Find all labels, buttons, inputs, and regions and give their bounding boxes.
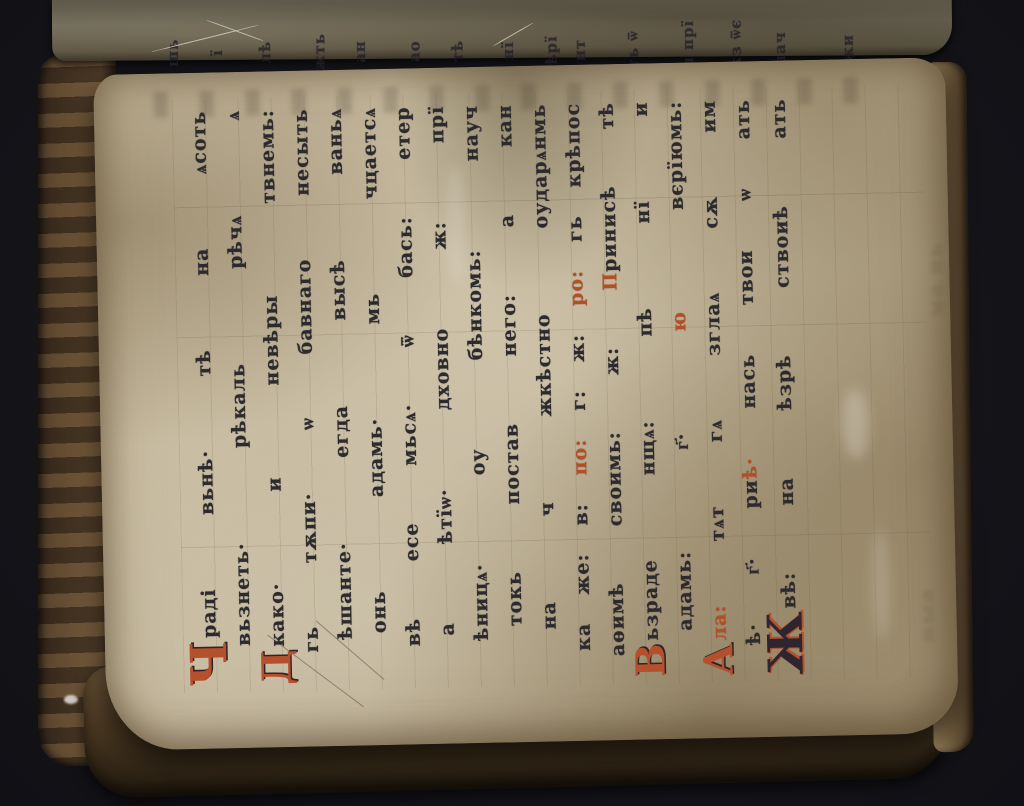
ink-run: аѳимѣ своимь: ж: bbox=[600, 291, 630, 657]
ink-run: токь постав него: а кан bbox=[494, 104, 527, 626]
leaf-text-fragment: жть bbox=[310, 33, 328, 71]
ink-run: а ѣтїѡ· дховно ж: прї bbox=[426, 106, 459, 636]
rubric-run: ро: bbox=[565, 242, 588, 306]
ink-run: гь крѣпос bbox=[562, 103, 587, 242]
rubric-initial: Д bbox=[253, 649, 301, 686]
ink-run: ѣницѧ· оу бѣнкомь: науч bbox=[460, 105, 493, 641]
ink-run: гь тѫпи· ѡ бавнаго несыть bbox=[290, 108, 323, 652]
ink-run: ка же: в: bbox=[570, 475, 596, 651]
leaf-text-fragment: ѣрї bbox=[542, 35, 560, 65]
ink-run: ѣшанте· егда высѣ ваньѧ bbox=[324, 108, 357, 640]
ink-run: како· и невѣры твнемь: bbox=[256, 109, 289, 647]
ink-run: ьзраде нщѧ: пѣ нї и bbox=[630, 101, 663, 641]
previous-leaf-strip: шьїлѣжтьанаотѣнїѣрїнтть ѿол прїакз ѿєпач… bbox=[52, 0, 952, 61]
leaf-text-fragment: тѣ bbox=[448, 40, 466, 62]
leaf-text-fragment: ї bbox=[208, 49, 226, 56]
leaf-text-fragment: ан bbox=[351, 40, 369, 63]
rubric-run: ю bbox=[666, 210, 691, 332]
ink-run: раді вьнѣ· тѣ на ѧсоть bbox=[188, 111, 221, 639]
ink-run: на ч жкѣстно оударѧнмь bbox=[528, 103, 561, 629]
rubric-initial: Ж bbox=[757, 611, 814, 675]
manuscript-photo: шьїлѣжтьанаотѣнїѣрїнтть ѿол прїакз ѿєпач… bbox=[0, 0, 1024, 806]
binding-glint bbox=[64, 695, 78, 704]
rubric-run: по: bbox=[568, 411, 591, 476]
rotated-text-lines: Чраді вьнѣ· тѣ на ѧсотьвьзнеть· рѣкаль р… bbox=[182, 98, 844, 677]
parchment-page: ма ньламныа Чраді вьнѣ· тѣ на ѧсотьвьзне… bbox=[93, 57, 959, 751]
rubric-initial: А bbox=[695, 643, 743, 677]
rubric-run: ѣ· bbox=[738, 408, 761, 479]
ink-run: адамь: г҃· bbox=[669, 331, 697, 631]
leaf-text-fragment: нт bbox=[571, 39, 589, 61]
ink-run: вєрїюмь: bbox=[664, 101, 688, 211]
rubric-initial: В bbox=[627, 643, 675, 678]
ink-run: нась твои ѡ ать bbox=[732, 99, 760, 409]
ink-run: вѣ есе мьсѧ· ѿ бась: етер bbox=[392, 106, 425, 646]
rubric-run: ла: bbox=[707, 541, 731, 640]
ghost-text: лам bbox=[945, 464, 970, 515]
leaf-text-fragment: нї bbox=[499, 41, 517, 60]
ink-run: онь адамь· мь чцаетсѧ bbox=[358, 107, 391, 633]
ink-run: вьзнеть· рѣкаль рѣчѧ ѧ bbox=[222, 110, 255, 646]
ink-run: вѣ: на ѣзрѣ ствоиѣ ать bbox=[768, 98, 801, 608]
ink-run: ринисѣ тѣ bbox=[596, 102, 622, 272]
ink-run: тѧт гѧ зглаѧ сѫ им bbox=[698, 100, 729, 542]
leaf-text-fragment: ао bbox=[405, 40, 423, 62]
text-block: Чраді вьнѣ· тѣ на ѧсотьвьзнеть· рѣкаль р… bbox=[182, 98, 844, 677]
ghost-text: ма нь bbox=[922, 241, 948, 317]
leaf-text-fragment: лѣ bbox=[256, 41, 274, 64]
ghost-text: ныа bbox=[914, 588, 939, 642]
rubric-run: П bbox=[599, 272, 621, 291]
ink-run: г: ж: bbox=[566, 306, 590, 411]
leaf-text-fragment: шь bbox=[164, 39, 182, 67]
